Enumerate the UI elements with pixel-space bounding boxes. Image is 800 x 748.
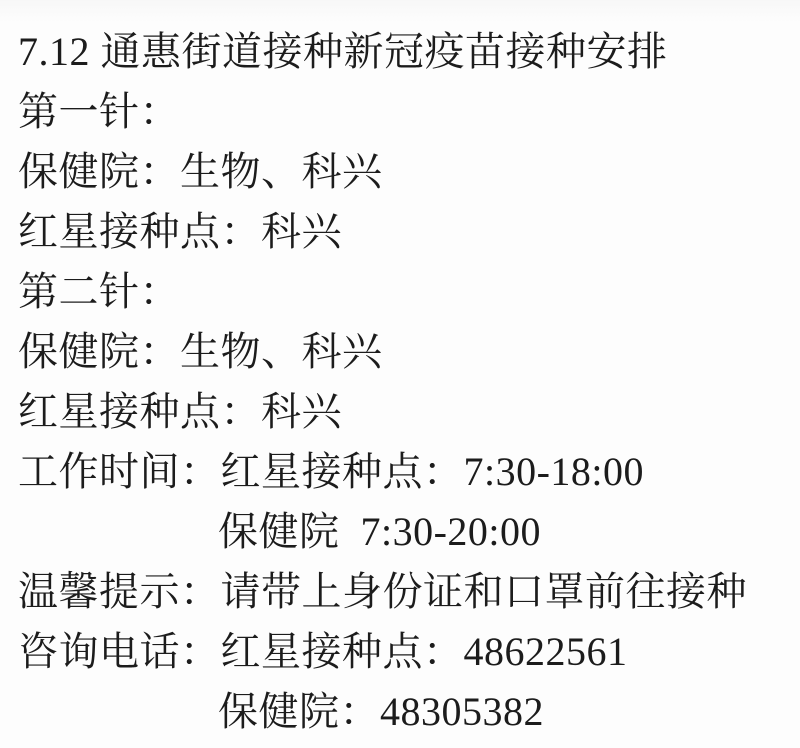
- notice-title: 7.12 通惠街道接种新冠疫苗接种安排: [18, 22, 780, 82]
- second-dose-label: 第二针：: [18, 262, 780, 322]
- first-dose-hongxing-vaccine: 红星接种点：科兴: [18, 202, 780, 262]
- second-dose-clinic-vaccines: 保健院：生物、科兴: [18, 322, 780, 382]
- notice-document: 7.12 通惠街道接种新冠疫苗接种安排 第一针： 保健院：生物、科兴 红星接种点…: [0, 0, 800, 748]
- reminder-note: 温馨提示：请带上身份证和口罩前往接种: [18, 562, 780, 622]
- working-hours-clinic: 保健院 7:30-20:00: [18, 502, 780, 562]
- first-dose-clinic-vaccines: 保健院：生物、科兴: [18, 142, 780, 202]
- second-dose-hongxing-vaccine: 红星接种点：科兴: [18, 382, 780, 442]
- first-dose-label: 第一针：: [18, 82, 780, 142]
- working-hours-hongxing: 工作时间：红星接种点：7:30-18:00: [18, 442, 780, 502]
- phone-hongxing: 咨询电话：红星接种点：48622561: [18, 622, 780, 682]
- phone-clinic: 保健院：48305382: [18, 682, 780, 742]
